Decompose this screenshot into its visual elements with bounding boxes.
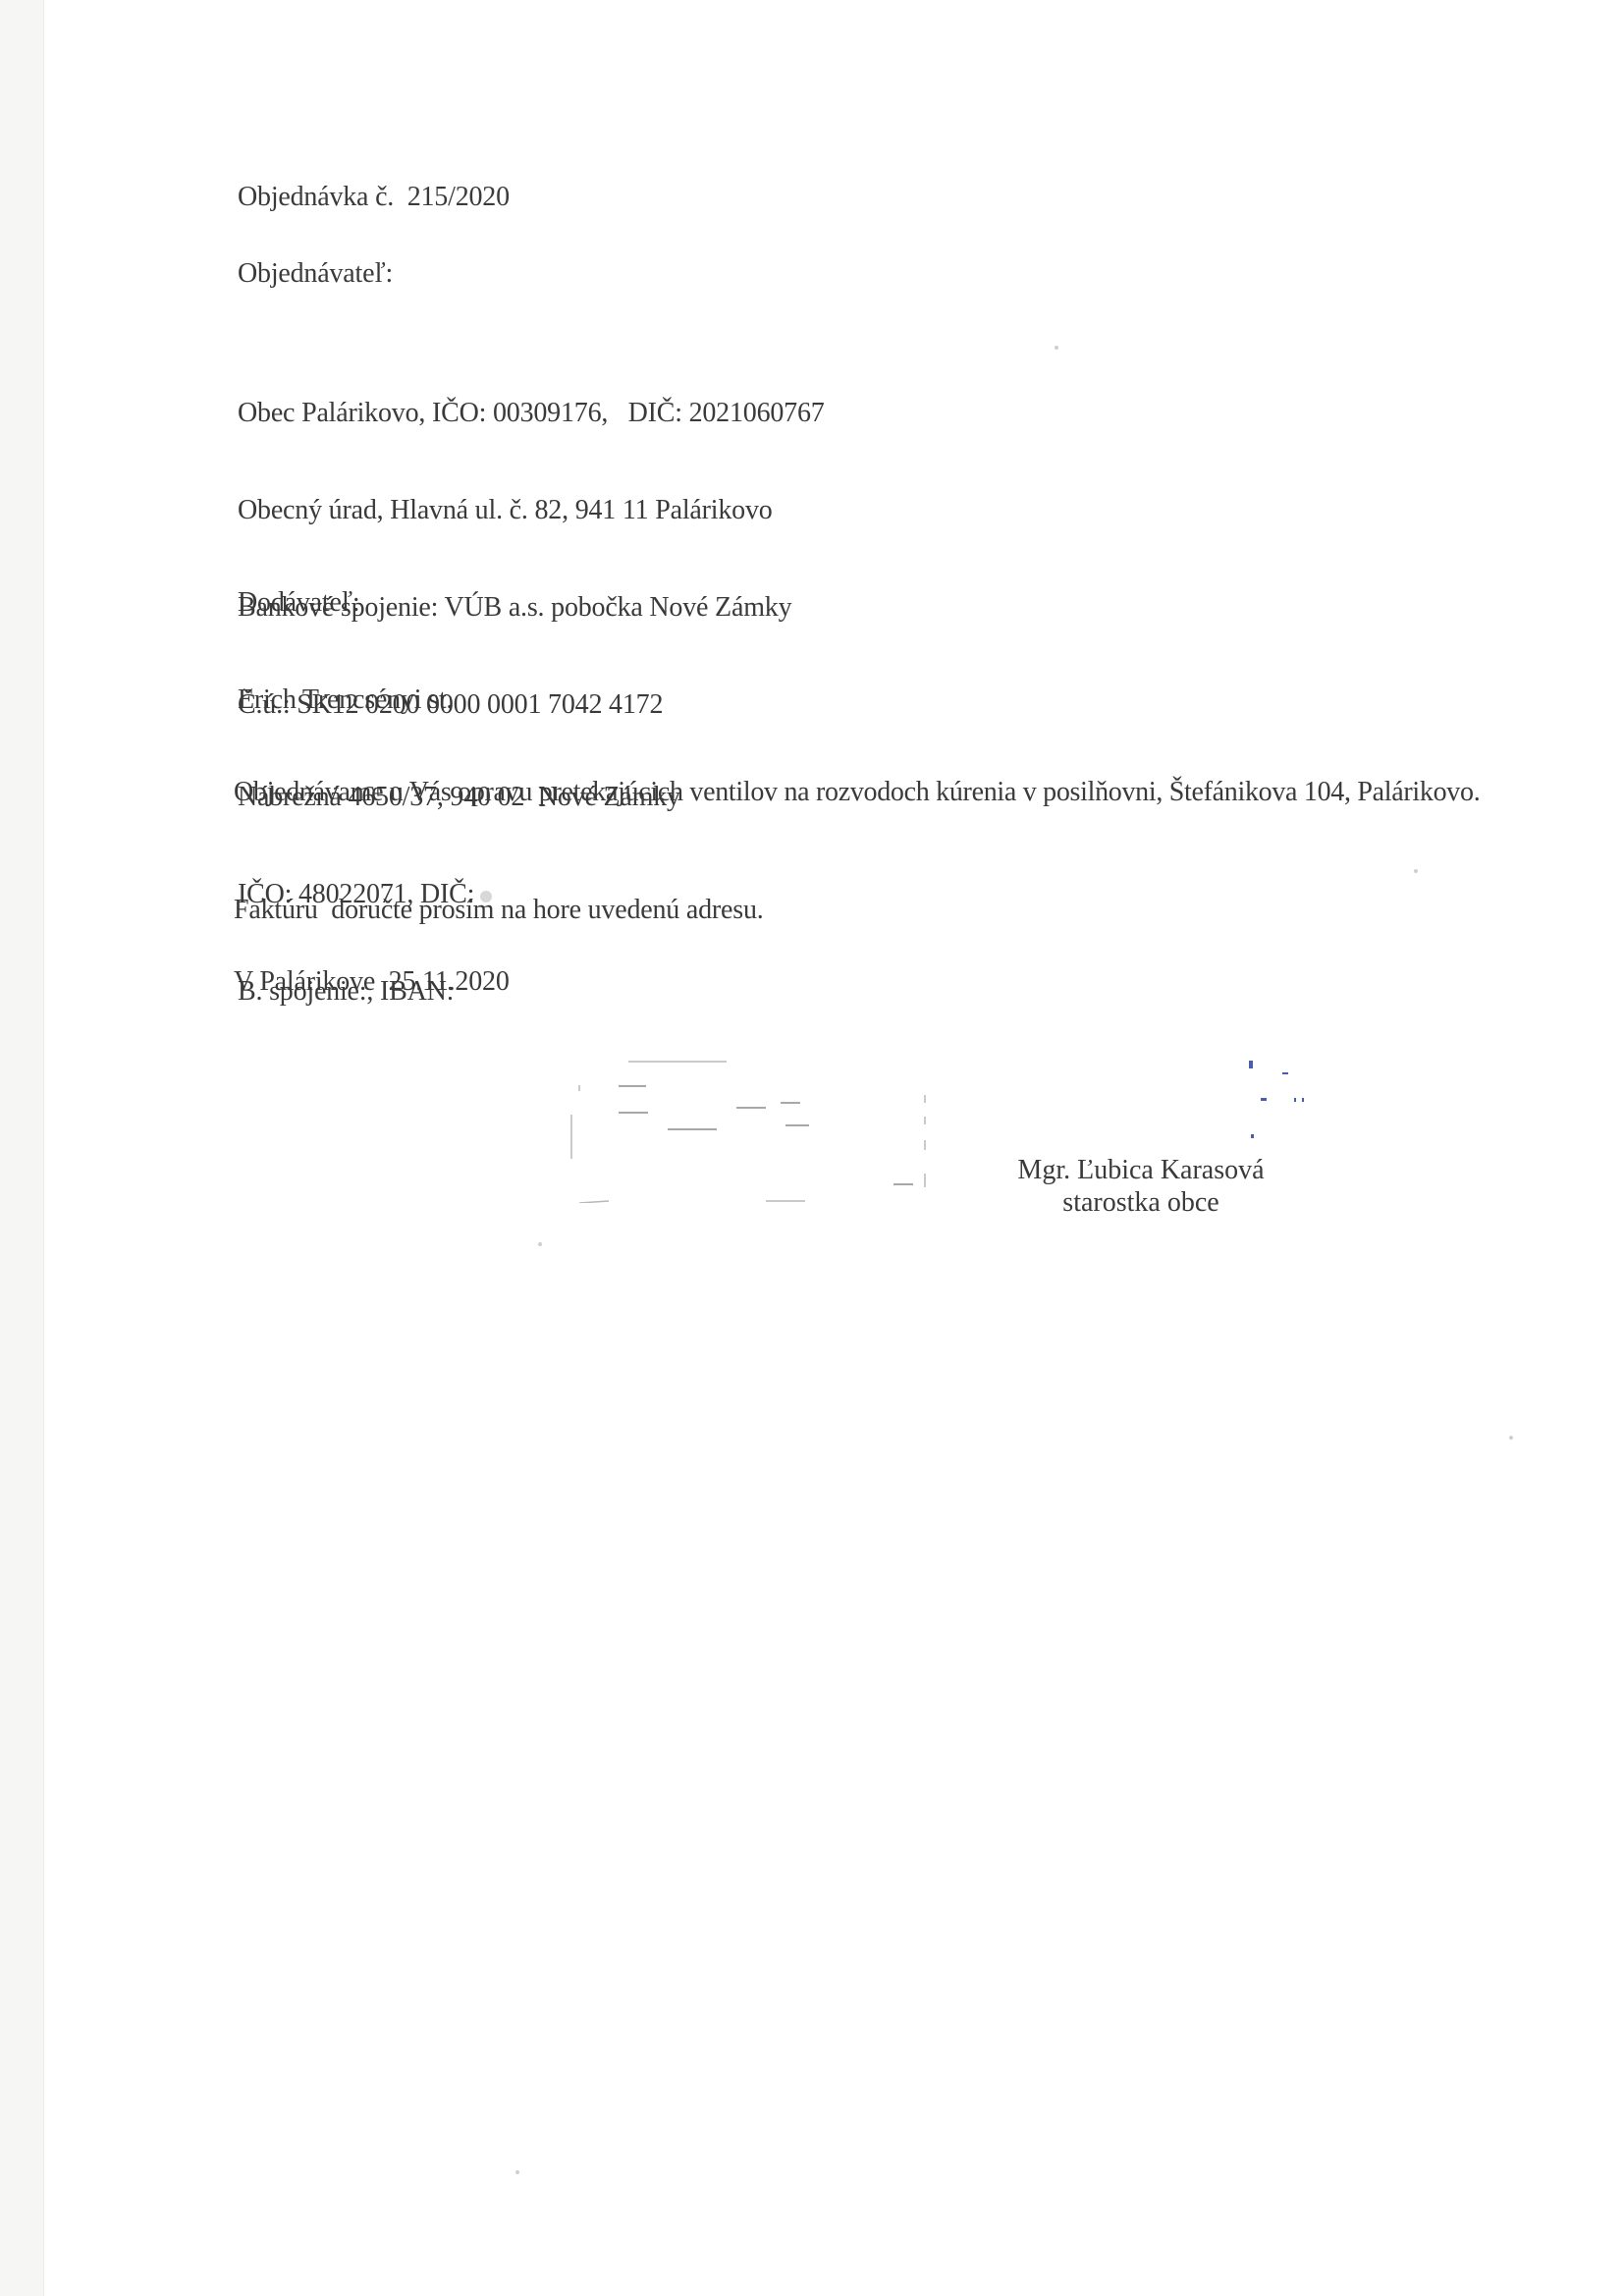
- invoice-note: Faktúru doručte prosím na hore uvedenú a…: [234, 894, 764, 926]
- order-title: Objednávka č. 215/2020: [238, 181, 510, 213]
- signature-marks: [1237, 1061, 1345, 1159]
- scan-page-edge: [0, 0, 44, 2296]
- scan-speck: [1509, 1436, 1513, 1440]
- orderer-line-name-ids: Obec Palárikovo, IČO: 00309176, DIČ: 202…: [238, 397, 825, 429]
- supplier-name: Erich Trencsényi st.: [238, 683, 680, 716]
- order-body: Objednávame u Vás opravu pretekajúcich v…: [234, 775, 1490, 809]
- signature-block: Mgr. Ľubica Karasová starostka obce: [994, 1154, 1288, 1219]
- scan-speck: [515, 2170, 519, 2174]
- signer-name: Mgr. Ľubica Karasová: [994, 1154, 1288, 1186]
- scan-speck: [538, 1242, 542, 1246]
- orderer-label: Objednávateľ:: [238, 257, 393, 290]
- supplier-label: Dodávateľ:: [238, 586, 680, 619]
- scan-speck: [1055, 346, 1058, 350]
- faded-stamp: [560, 1056, 933, 1203]
- scan-speck: [1414, 869, 1418, 873]
- signer-title: starostka obce: [994, 1186, 1288, 1219]
- place-and-date: V Palárikove 25.11.2020: [234, 965, 510, 998]
